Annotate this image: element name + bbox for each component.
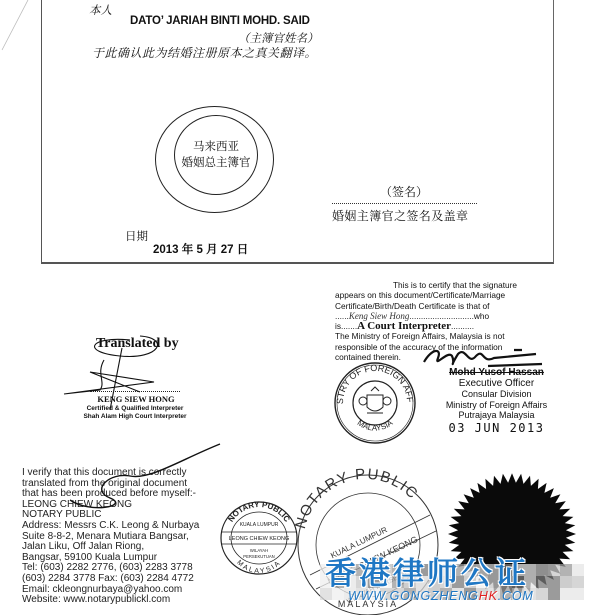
small-stamp-region-2: PERSEKUTUAN xyxy=(243,554,274,559)
translated-by-heading: Translated by xyxy=(96,336,179,352)
ministry-stamp-bottom-text: MALAYSIA xyxy=(356,418,395,433)
translator-signature-line xyxy=(90,391,180,392)
signature-caption: 婚姻主簿官之签名及盖章 xyxy=(332,207,468,224)
officer-date-stamp: 03 JUN 2013 xyxy=(434,423,559,434)
cert-line: appears on this document/Certificate/Mar… xyxy=(335,290,517,300)
translator-qualification: Certified & Qualified Interpreter xyxy=(70,405,200,413)
cert-line: Certificate/Birth/Death Certificate is t… xyxy=(335,301,517,311)
small-stamp-city: KUALA LUMPUR xyxy=(240,522,279,528)
date-value: 2013 年 5 月 27 日 xyxy=(153,241,248,257)
officer-ministry: Ministry of Foreign Affairs xyxy=(434,400,559,411)
ministry-foreign-affairs-stamp: MINISTRY OF FOREIGN AFFAIRS MALAYSIA xyxy=(333,359,418,444)
cert-line: This is to certify that the signature xyxy=(335,280,517,290)
watermark-chinese-text: 香港律师公证 xyxy=(325,548,529,593)
notary-line: Address: Messrs C.K. Leong & Nurbaya xyxy=(22,521,222,532)
notary-line: Website: www.notarypublickl.com xyxy=(22,595,222,606)
small-stamp-name: LEONG CHIEW KEONG xyxy=(229,536,290,542)
interpreter-role: A Court Interpreter xyxy=(357,320,451,332)
watermark-url-prefix: WWW.GONGZHENG xyxy=(348,589,479,603)
large-stamp-top-text: NOTARY PUBLIC xyxy=(292,466,422,531)
small-stamp-bottom-text: MALAYSIA xyxy=(235,559,282,575)
translator-credentials: Certified & Qualified Interpreter Shah A… xyxy=(70,405,200,421)
is-prefix: is....... xyxy=(335,321,357,331)
svg-text:MALAYSIA: MALAYSIA xyxy=(235,559,282,575)
officer-location: Putrajaya Malaysia xyxy=(434,410,559,421)
small-notary-stamp: NOTARY PUBLIC KUALA LUMPUR LEONG CHIEW K… xyxy=(218,496,300,578)
registrar-seal-text: 马来西亚 婚姻总主簿官 xyxy=(176,138,256,170)
watermark-url: WWW.GONGZHENGHK.COM xyxy=(348,589,534,603)
svg-text:MINISTRY OF FOREIGN AFFAIRS: MINISTRY OF FOREIGN AFFAIRS xyxy=(333,359,415,404)
notary-line: (603) 2284 3778 Fax: (603) 2284 4772 xyxy=(22,574,222,585)
watermark-url-suffix: .COM xyxy=(498,589,534,603)
translator-court: Shah Alam High Court Interpreter xyxy=(70,413,200,421)
stray-scan-line xyxy=(0,0,40,60)
ministry-stamp-top-text: MINISTRY OF FOREIGN AFFAIRS xyxy=(333,359,415,404)
coat-of-arms-icon xyxy=(359,387,391,413)
svg-text:NOTARY PUBLIC: NOTARY PUBLIC xyxy=(292,466,422,531)
signature-label: （签名） xyxy=(380,183,428,200)
translator-name: KENG SIEW HONG xyxy=(84,394,188,404)
seal-text-line1: 马来西亚 xyxy=(176,138,256,154)
who-suffix: who xyxy=(474,311,489,321)
officer-block: Mohd Yusof Hassan Executive Officer Cons… xyxy=(434,368,559,433)
confirmation-text: 于此确认此为结婚注册原本之真关翻译。 xyxy=(92,44,317,61)
registrar-name: DATO’ JARIAH BINTI MOHD. SAID xyxy=(130,15,310,27)
small-stamp-region-1: WILAYAH xyxy=(250,548,268,553)
officer-title: Executive Officer xyxy=(434,379,559,390)
officer-division: Consular Division xyxy=(434,389,559,400)
seal-text-line2: 婚姻总主簿官 xyxy=(176,154,256,170)
cert-role-line: is.......A Court Interpreter.......... xyxy=(335,321,517,331)
cert-disclaimer-line: The Ministry of Foreign Affairs, Malaysi… xyxy=(335,331,517,341)
signature-line xyxy=(332,203,477,204)
svg-text:MALAYSIA: MALAYSIA xyxy=(356,418,395,433)
notary-signature xyxy=(50,440,230,520)
watermark-url-highlight: HK xyxy=(479,589,498,603)
officer-name: Mohd Yusof Hassan xyxy=(434,368,559,379)
benren-label: 本人 xyxy=(89,2,112,18)
date-label: 日期 xyxy=(125,228,148,244)
